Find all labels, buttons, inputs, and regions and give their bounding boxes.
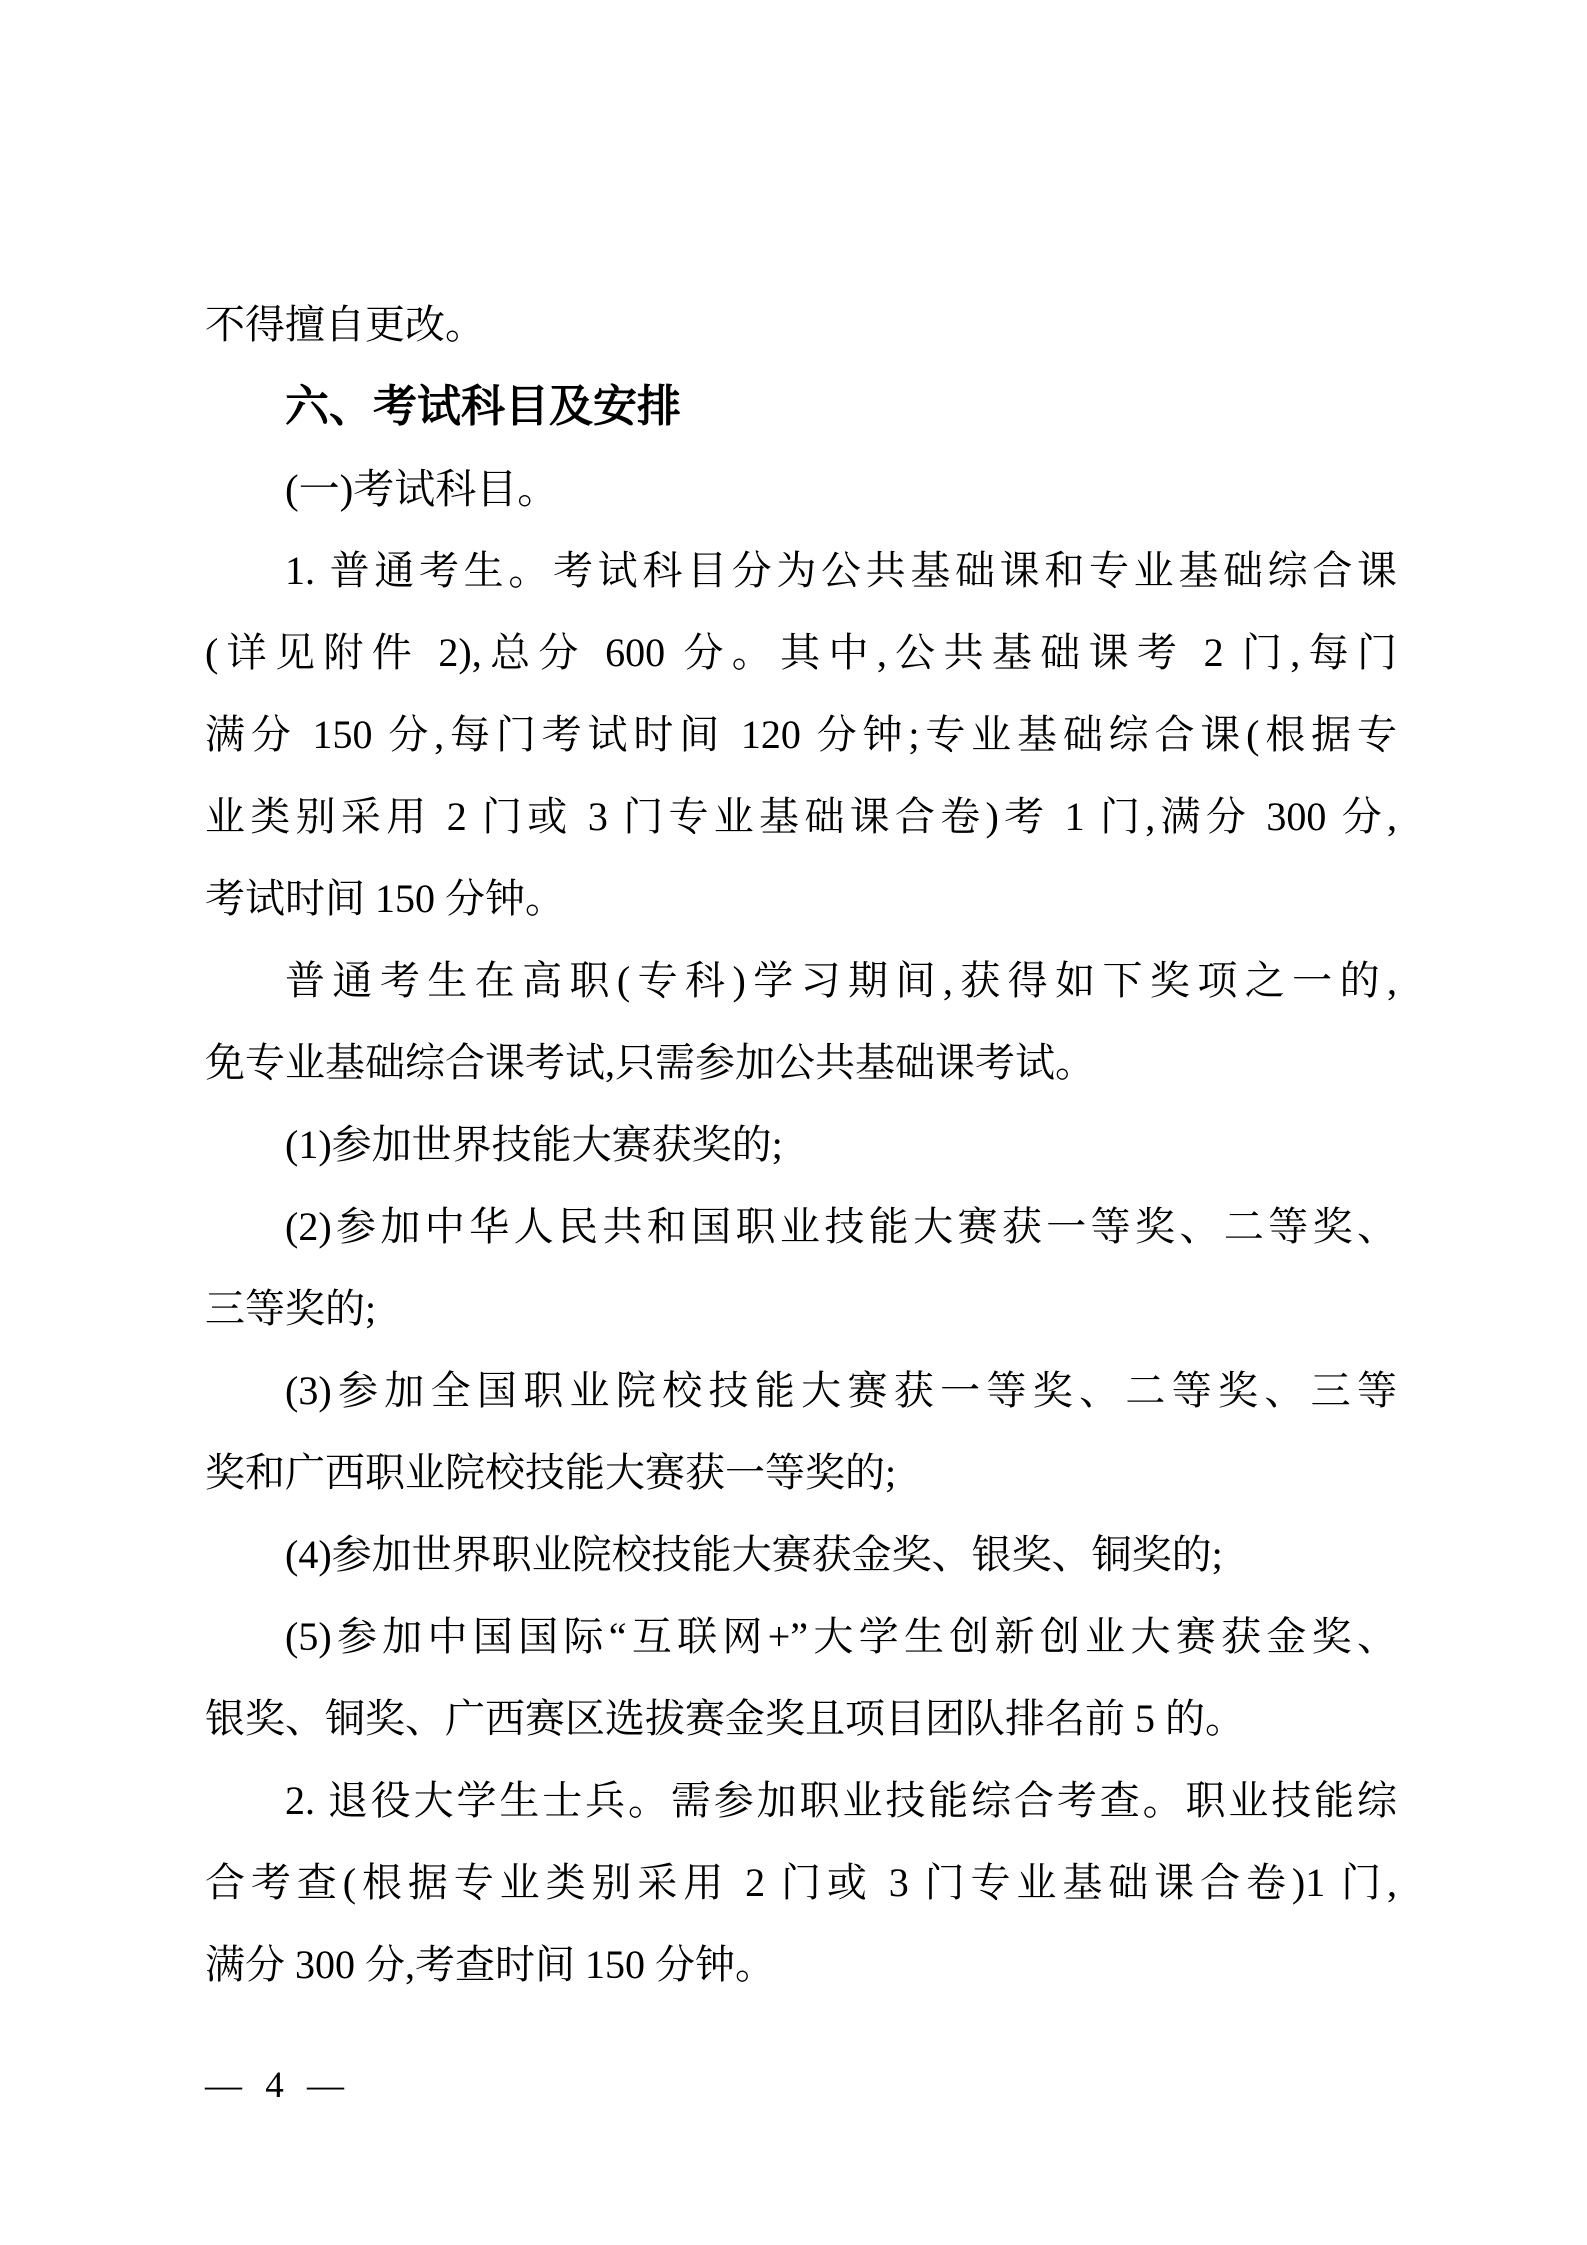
text-line: 2. 退役大学生士兵。需参加职业技能综合考查。职业技能综 [205, 1760, 1397, 1842]
text-line: 奖和广西职业院校技能大赛获一等奖的; [205, 1432, 1397, 1514]
paragraph-award-exemption: 普通考生在高职(专科)学习期间,获得如下奖项之一的, 免专业基础综合课考试,只需… [205, 940, 1397, 1104]
paragraph-regular-candidates: 1. 普通考生。考试科目分为公共基础课和专业基础综合课 (详见附件 2),总分 … [205, 530, 1397, 940]
text-line: 满分 150 分,每门考试时间 120 分钟;专业基础综合课(根据专 [205, 694, 1397, 776]
text-line: (3)参加全国职业院校技能大赛获一等奖、二等奖、三等 [205, 1350, 1397, 1432]
text-line: (1)参加世界技能大赛获奖的; [205, 1104, 1397, 1186]
text-line: 银奖、铜奖、广西赛区选拔赛金奖且项目团队排名前 5 的。 [205, 1678, 1397, 1760]
text-line: 合考查(根据专业类别采用 2 门或 3 门专业基础课合卷)1 门, [205, 1842, 1397, 1924]
subsection-heading-block: (一)考试科目。 [205, 448, 1397, 530]
document-page: 不得擅自更改。 六、考试科目及安排 (一)考试科目。 1. 普通考生。考试科目分… [0, 0, 1587, 2245]
paragraph-veteran-candidates: 2. 退役大学生士兵。需参加职业技能综合考查。职业技能综 合考查(根据专业类别采… [205, 1760, 1397, 2006]
subsection-heading: (一)考试科目。 [205, 448, 1397, 530]
list-item-1: (1)参加世界技能大赛获奖的; [205, 1104, 1397, 1186]
text-line: 不得擅自更改。 [205, 284, 1397, 366]
text-line: 1. 普通考生。考试科目分为公共基础课和专业基础综合课 [205, 530, 1397, 612]
text-line: (4)参加世界职业院校技能大赛获金奖、银奖、铜奖的; [205, 1514, 1397, 1596]
document-body: 不得擅自更改。 六、考试科目及安排 (一)考试科目。 1. 普通考生。考试科目分… [205, 284, 1397, 2006]
list-item-5: (5)参加中国国际“互联网+”大学生创新创业大赛获金奖、 银奖、铜奖、广西赛区选… [205, 1596, 1397, 1760]
page-number: — 4 — [205, 2065, 345, 2106]
text-line: 免专业基础综合课考试,只需参加公共基础课考试。 [205, 1022, 1397, 1104]
text-line: 满分 300 分,考查时间 150 分钟。 [205, 1924, 1397, 2006]
section-heading: 六、考试科目及安排 [205, 366, 1397, 448]
text-line: 考试时间 150 分钟。 [205, 858, 1397, 940]
text-line: (5)参加中国国际“互联网+”大学生创新创业大赛获金奖、 [205, 1596, 1397, 1678]
text-line: 三等奖的; [205, 1268, 1397, 1350]
text-line: 普通考生在高职(专科)学习期间,获得如下奖项之一的, [205, 940, 1397, 1022]
list-item-3: (3)参加全国职业院校技能大赛获一等奖、二等奖、三等 奖和广西职业院校技能大赛获… [205, 1350, 1397, 1514]
text-line: (2)参加中华人民共和国职业技能大赛获一等奖、二等奖、 [205, 1186, 1397, 1268]
list-item-4: (4)参加世界职业院校技能大赛获金奖、银奖、铜奖的; [205, 1514, 1397, 1596]
list-item-2: (2)参加中华人民共和国职业技能大赛获一等奖、二等奖、 三等奖的; [205, 1186, 1397, 1350]
paragraph-continuation: 不得擅自更改。 [205, 284, 1397, 366]
section-heading-block: 六、考试科目及安排 [205, 366, 1397, 448]
text-line: 业类别采用 2 门或 3 门专业基础课合卷)考 1 门,满分 300 分, [205, 776, 1397, 858]
page-footer: — 4 — [205, 2062, 345, 2110]
text-line: (详见附件 2),总分 600 分。其中,公共基础课考 2 门,每门 [205, 612, 1397, 694]
